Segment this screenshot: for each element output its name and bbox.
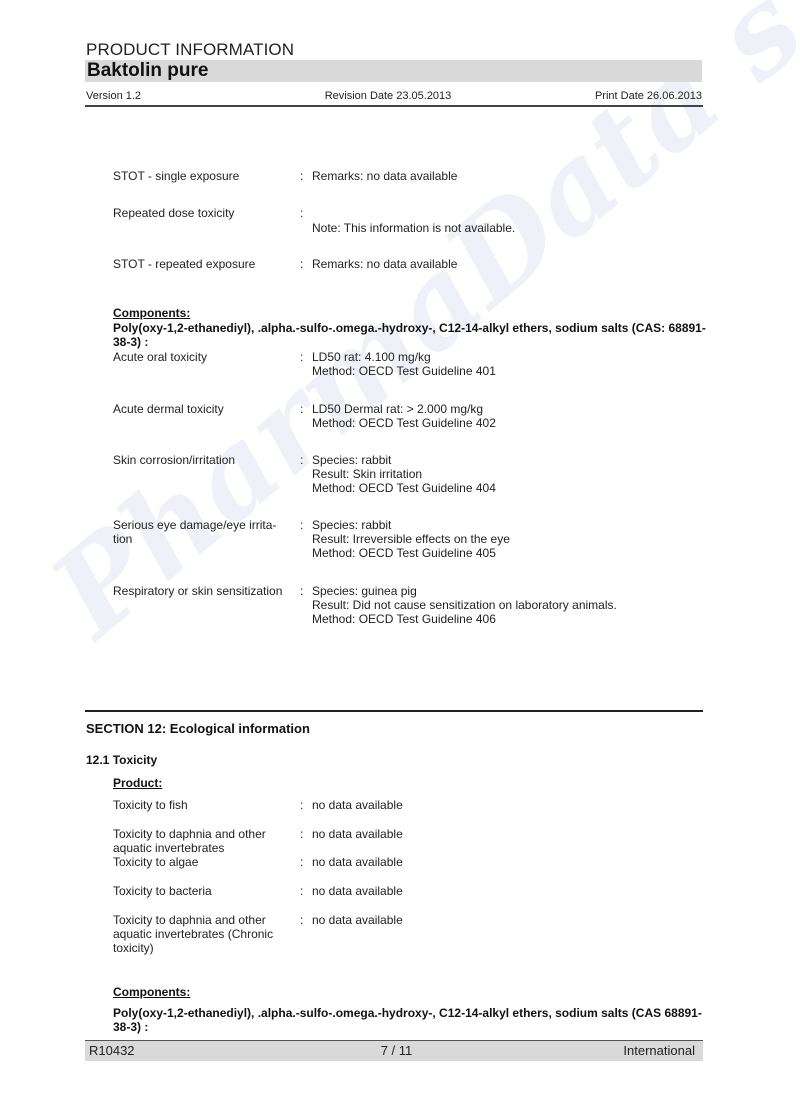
row-colon: : — [300, 257, 303, 271]
row-label: Toxicity to daphnia and other aquatic in… — [113, 827, 298, 855]
label-line: tion — [113, 532, 298, 546]
row-colon: : — [300, 584, 303, 598]
row-colon: : — [300, 350, 303, 364]
header-meta: Version 1.2 Revision Date 23.05.2013 Pri… — [86, 90, 702, 102]
row-colon: : — [300, 798, 303, 812]
component-name-line2: 38-3) : — [113, 335, 713, 349]
row-label: STOT - single exposure — [113, 169, 298, 183]
page-number: 7 / 11 — [381, 1043, 413, 1058]
label-line: toxicity) — [113, 941, 298, 955]
row-value: no data available — [312, 798, 403, 812]
row-label: Serious eye damage/eye irrita- tion — [113, 518, 298, 546]
components-heading: Components: — [113, 306, 190, 320]
label-line: Toxicity to daphnia and other — [113, 827, 298, 841]
row-colon: : — [300, 453, 303, 467]
value-line: Result: Skin irritation — [312, 467, 496, 481]
component-name-line1: Poly(oxy-1,2-ethanediyl), .alpha.-sulfo-… — [113, 321, 713, 335]
row-value: no data available — [312, 827, 403, 841]
print-date: Print Date 26.06.2013 — [595, 90, 702, 102]
header-rule — [85, 105, 703, 107]
row-colon: : — [300, 827, 303, 841]
label-line: Toxicity to daphnia and other — [113, 913, 298, 927]
component-name-2: Poly(oxy-1,2-ethanediyl), .alpha.-sulfo-… — [113, 1006, 713, 1034]
row-colon: : — [300, 169, 303, 183]
row-colon: : — [300, 855, 303, 869]
row-value: Species: rabbit Result: Skin irritation … — [312, 453, 496, 495]
row-value: Note: This information is not available. — [312, 221, 515, 235]
row-label: Repeated dose toxicity — [113, 206, 298, 220]
row-label: Acute dermal toxicity — [113, 402, 298, 416]
row-colon: : — [300, 402, 303, 416]
row-value: Remarks: no data available — [312, 257, 457, 271]
product-heading: Product: — [113, 776, 162, 790]
value-line: Species: guinea pig — [312, 584, 617, 598]
section-title: SECTION 12: Ecological information — [86, 721, 310, 736]
value-line: Method: OECD Test Guideline 404 — [312, 481, 496, 495]
row-colon: : — [300, 913, 303, 927]
section-rule — [85, 710, 703, 712]
value-line: LD50 Dermal rat: > 2.000 mg/kg — [312, 402, 496, 416]
row-value: Species: rabbit Result: Irreversible eff… — [312, 518, 510, 560]
label-line: aquatic invertebrates (Chronic — [113, 927, 298, 941]
row-label: Skin corrosion/irritation — [113, 453, 298, 467]
document-type-title: PRODUCT INFORMATION — [86, 40, 294, 60]
value-line: Result: Irreversible effects on the eye — [312, 532, 510, 546]
row-value: LD50 rat: 4.100 mg/kg Method: OECD Test … — [312, 350, 496, 378]
value-line: Method: OECD Test Guideline 402 — [312, 416, 496, 430]
row-label: Acute oral toxicity — [113, 350, 298, 364]
row-value: Remarks: no data available — [312, 169, 457, 183]
product-name: Baktolin pure — [87, 60, 208, 82]
region: International — [623, 1043, 695, 1058]
row-value: no data available — [312, 855, 403, 869]
row-colon: : — [300, 518, 303, 532]
component-name-line2: 38-3) : — [113, 1020, 713, 1034]
component-name: Poly(oxy-1,2-ethanediyl), .alpha.-sulfo-… — [113, 321, 713, 349]
components-heading-2: Components: — [113, 985, 190, 999]
row-label: STOT - repeated exposure — [113, 257, 298, 271]
row-label: Toxicity to algae — [113, 855, 298, 869]
row-colon: : — [300, 884, 303, 898]
row-label: Toxicity to bacteria — [113, 884, 298, 898]
row-value: no data available — [312, 884, 403, 898]
version: Version 1.2 — [86, 90, 141, 102]
value-line: Method: OECD Test Guideline 401 — [312, 364, 496, 378]
label-line: Serious eye damage/eye irrita- — [113, 518, 298, 532]
value-line: Result: Did not cause sensitization on l… — [312, 598, 617, 612]
label-line: aquatic invertebrates — [113, 841, 298, 855]
footer: R10432 7 / 11 International — [89, 1043, 695, 1058]
component-name-line1: Poly(oxy-1,2-ethanediyl), .alpha.-sulfo-… — [113, 1006, 713, 1020]
row-value: no data available — [312, 913, 403, 927]
row-label: Toxicity to fish — [113, 798, 298, 812]
value-line: LD50 rat: 4.100 mg/kg — [312, 350, 496, 364]
value-line: Species: rabbit — [312, 518, 510, 532]
row-value: Species: guinea pig Result: Did not caus… — [312, 584, 617, 626]
row-colon: : — [300, 206, 303, 220]
row-value: LD50 Dermal rat: > 2.000 mg/kg Method: O… — [312, 402, 496, 430]
revision-date: Revision Date 23.05.2013 — [325, 90, 452, 102]
row-label: Respiratory or skin sensitization — [113, 584, 298, 598]
value-line: Species: rabbit — [312, 453, 496, 467]
document-id: R10432 — [89, 1043, 135, 1058]
row-label: Toxicity to daphnia and other aquatic in… — [113, 913, 298, 955]
value-line: Method: OECD Test Guideline 405 — [312, 546, 510, 560]
value-line: Method: OECD Test Guideline 406 — [312, 612, 617, 626]
subsection-title: 12.1 Toxicity — [86, 753, 157, 767]
